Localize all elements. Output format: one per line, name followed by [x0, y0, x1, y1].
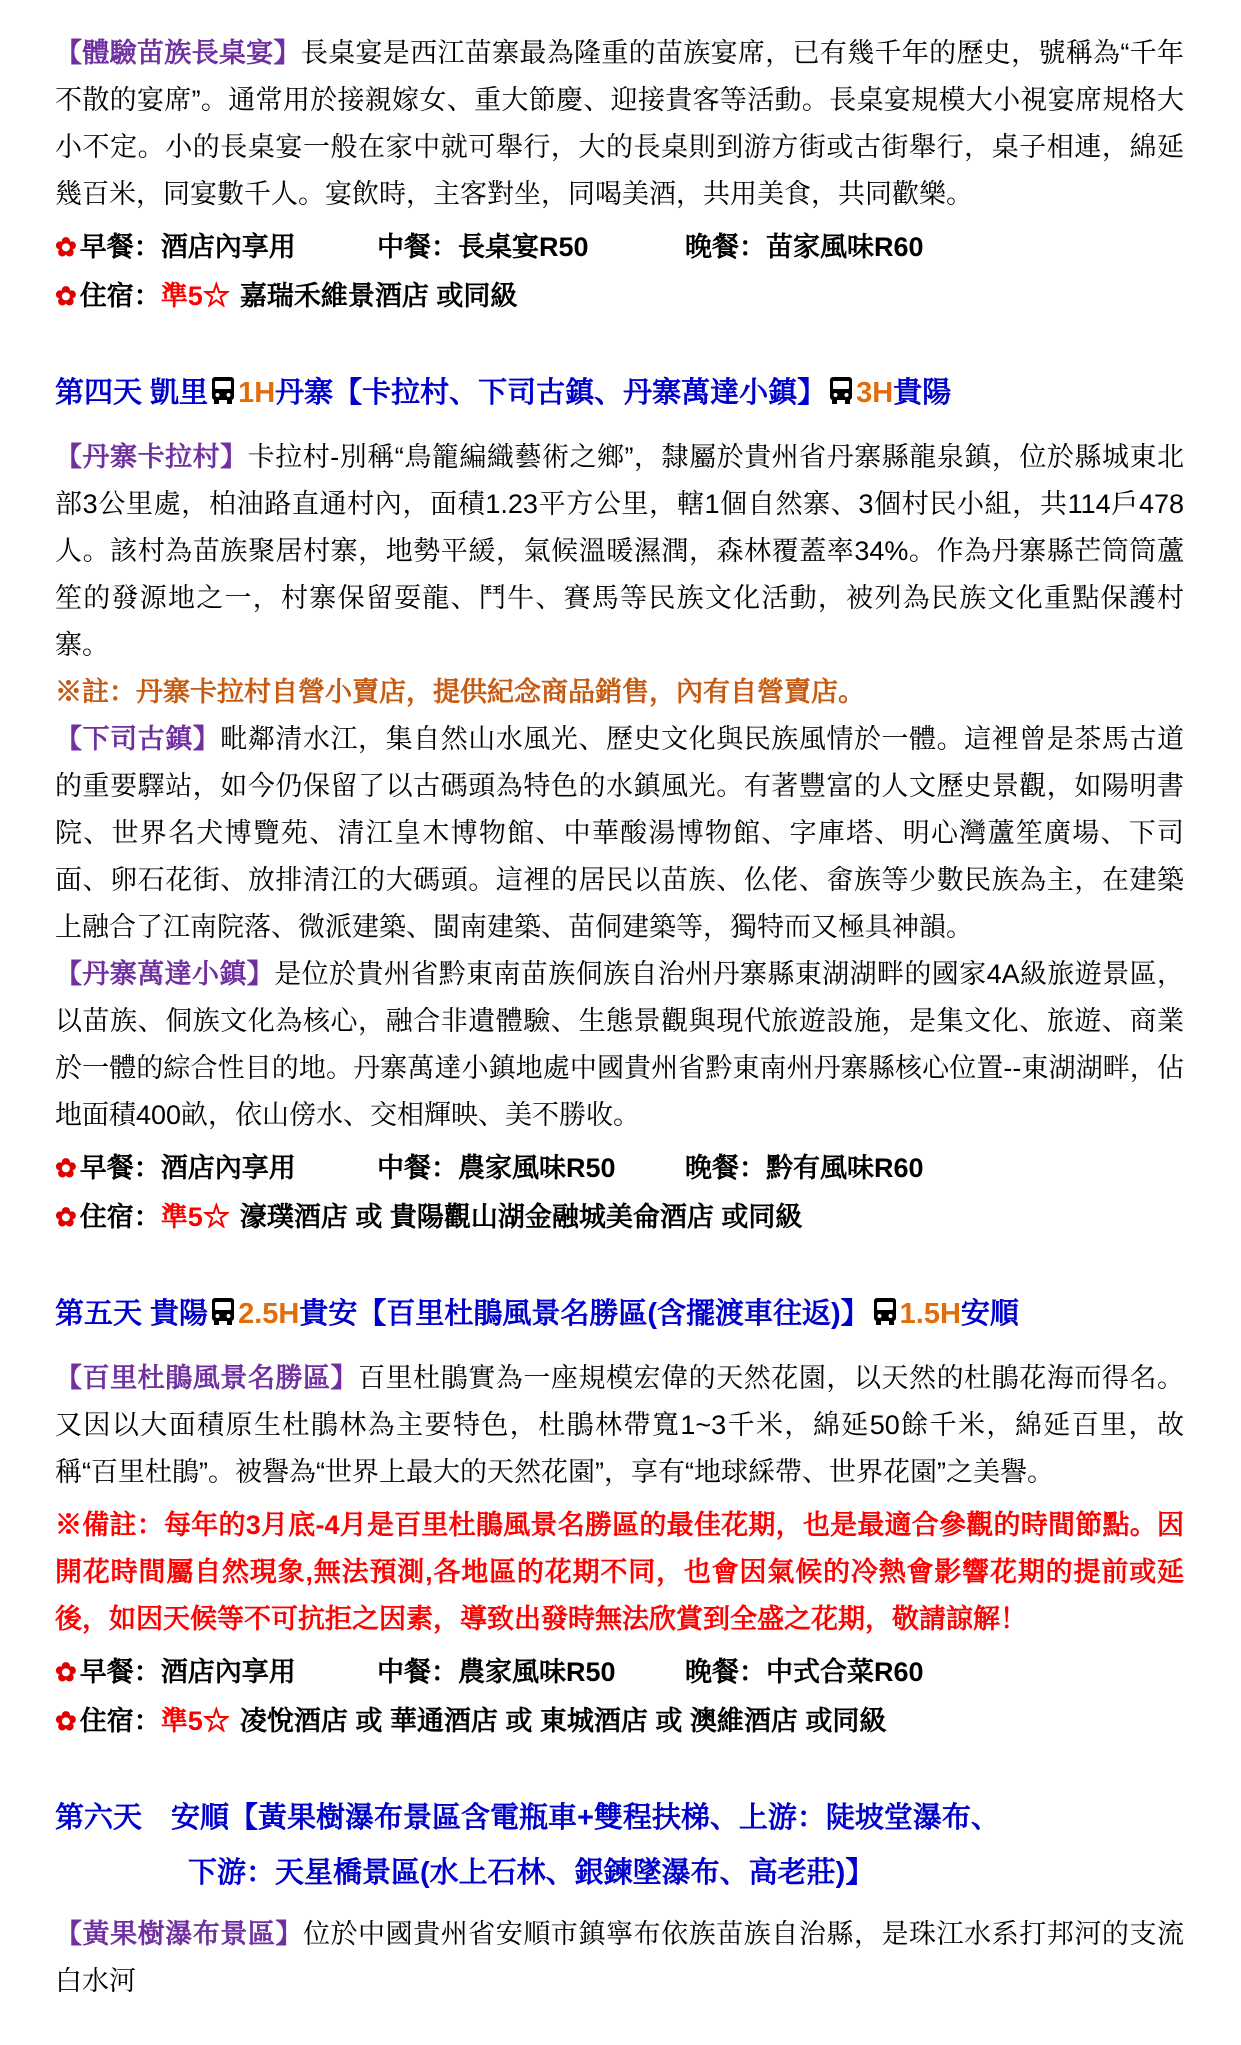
flower-icon: ✿	[55, 1652, 77, 1692]
flower-icon: ✿	[55, 1701, 77, 1741]
day5-heading-post: 安順	[961, 1298, 1019, 1330]
dujuan-paragraph: 【百里杜鵑風景名勝區】百里杜鵑實為一座規模宏偉的天然花園，以天然的杜鵑花海而得名…	[55, 1355, 1184, 1496]
hotel-names: 凌悅酒店 或 華通酒店 或 東城酒店 或 澳維酒店 或同級	[240, 1701, 887, 1741]
huangguoshu-title: 【黃果樹瀑布景區】	[55, 1919, 303, 1949]
kala-village-text: 卡拉村-別稱“鳥籠編織藝術之鄉”，隸屬於貴州省丹寨縣龍泉鎮，位於縣城東北部3公里…	[55, 442, 1184, 660]
day5-heading-pre: 第五天 貴陽	[55, 1298, 208, 1330]
hotel-grade: 準5☆	[161, 1701, 230, 1741]
dujuan-title: 【百里杜鵑風景名勝區】	[55, 1363, 358, 1393]
bus-icon	[211, 373, 235, 420]
flower-icon: ✿	[55, 227, 77, 267]
flower-icon: ✿	[55, 1148, 77, 1188]
lunch-label: 中餐：農家風味R50	[377, 1652, 685, 1692]
flower-icon: ✿	[55, 1197, 77, 1237]
wanda-town-title: 【丹寨萬達小鎮】	[55, 959, 274, 989]
kala-village-title: 【丹寨卡拉村】	[55, 442, 248, 472]
xiasi-town-title: 【下司古鎮】	[55, 724, 220, 754]
day6-heading: 第六天 安順【黃果樹瀑布景區含電瓶車+雙程扶梯、上游：陡坡堂瀑布、 下游：天星橋…	[55, 1795, 1184, 1897]
day4-duration1: 1H	[238, 377, 275, 409]
intro-paragraph: 【體驗苗族長桌宴】長桌宴是西江苗寨最為隆重的苗族宴席，已有幾千年的歷史，號稱為“…	[55, 30, 1184, 218]
xiasi-town-paragraph: 【下司古鎮】毗鄰清水江，集自然山水風光、歷史文化與民族風情於一體。這裡曾是茶馬古…	[55, 716, 1184, 951]
day5-heading: 第五天 貴陽2.5H貴安【百里杜鵑風景名勝區(含擺渡車往返)】1.5H安順	[55, 1291, 1184, 1341]
meals-row-day4: ✿早餐：酒店內享用 中餐：農家風味R50 晚餐：黔有風味R60	[55, 1148, 1184, 1188]
lodging-row-day5: ✿住宿：準5☆凌悅酒店 或 華通酒店 或 東城酒店 或 澳維酒店 或同級	[55, 1701, 1184, 1741]
meals-row-day3: ✿早餐：酒店內享用 中餐：長桌宴R50 晚餐：苗家風味R60	[55, 227, 1184, 267]
kala-shop-note: ※註：丹寨卡拉村自營小賣店，提供紀念商品銷售，內有自營賣店。	[55, 669, 1184, 716]
day5-duration1: 2.5H	[238, 1298, 299, 1330]
hotel-names: 濠璞酒店 或 貴陽觀山湖金融城美侖酒店 或同級	[240, 1197, 803, 1237]
breakfast-label: 早餐：酒店內享用	[80, 1652, 296, 1692]
lunch-label: 中餐：長桌宴R50	[377, 227, 685, 267]
dinner-label: 晚餐：苗家風味R60	[685, 227, 1184, 267]
hotel-names: 嘉瑞禾維景酒店 或同級	[240, 276, 518, 316]
hotel-grade: 準5☆	[161, 276, 230, 316]
xiasi-town-text: 毗鄰清水江，集自然山水風光、歷史文化與民族風情於一體。這裡曾是茶馬古道的重要驛站…	[55, 724, 1184, 942]
dinner-label: 晚餐：中式合菜R60	[685, 1652, 1184, 1692]
day4-heading-pre: 第四天 凱里	[55, 377, 208, 409]
breakfast-label: 早餐：酒店內享用	[80, 227, 296, 267]
day4-duration2: 3H	[856, 377, 893, 409]
lodging-row-day4: ✿住宿：準5☆濠璞酒店 或 貴陽觀山湖金融城美侖酒店 或同級	[55, 1197, 1184, 1237]
day4-heading-post: 貴陽	[893, 377, 951, 409]
day4-heading: 第四天 凱里1H丹寨【卡拉村、下司古鎮、丹寨萬達小鎮】3H貴陽	[55, 370, 1184, 420]
huangguoshu-paragraph: 【黃果樹瀑布景區】位於中國貴州省安順市鎮寧布依族苗族自治縣，是珠江水系打邦河的支…	[55, 1911, 1184, 2005]
day6-heading-line2: 下游：天星橋景區(水上石林、銀鍊墜瀑布、高老莊)】	[55, 1850, 1184, 1897]
day6-heading-line1: 第六天 安順【黃果樹瀑布景區含電瓶車+雙程扶梯、上游：陡坡堂瀑布、	[55, 1795, 1184, 1842]
day5-duration2: 1.5H	[900, 1298, 961, 1330]
itinerary-page: 【體驗苗族長桌宴】長桌宴是西江苗寨最為隆重的苗族宴席，已有幾千年的歷史，號稱為“…	[0, 0, 1241, 2045]
lodging-label: 住宿：	[80, 276, 161, 316]
bus-icon	[211, 1294, 235, 1341]
lunch-label: 中餐：農家風味R50	[377, 1148, 685, 1188]
lodging-label: 住宿：	[80, 1197, 161, 1237]
breakfast-label: 早餐：酒店內享用	[80, 1148, 296, 1188]
lodging-label: 住宿：	[80, 1701, 161, 1741]
flower-season-remark: ※備註：每年的3月底-4月是百里杜鵑風景名勝區的最佳花期，也是最適合參觀的時間節…	[55, 1502, 1184, 1643]
lodging-row-day3: ✿住宿：準5☆嘉瑞禾維景酒店 或同級	[55, 276, 1184, 316]
bus-icon	[873, 1294, 897, 1341]
hotel-grade: 準5☆	[161, 1197, 230, 1237]
intro-title: 【體驗苗族長桌宴】	[55, 38, 301, 68]
kala-village-paragraph: 【丹寨卡拉村】卡拉村-別稱“鳥籠編織藝術之鄉”，隸屬於貴州省丹寨縣龍泉鎮，位於縣…	[55, 434, 1184, 669]
day5-heading-mid: 貴安【百里杜鵑風景名勝區(含擺渡車往返)】	[299, 1298, 869, 1330]
dinner-label: 晚餐：黔有風味R60	[685, 1148, 1184, 1188]
day4-heading-mid: 丹寨【卡拉村、下司古鎮、丹寨萬達小鎮】	[275, 377, 826, 409]
bus-icon	[829, 373, 853, 420]
flower-icon: ✿	[55, 276, 77, 316]
meals-row-day5: ✿早餐：酒店內享用 中餐：農家風味R50 晚餐：中式合菜R60	[55, 1652, 1184, 1692]
wanda-town-paragraph: 【丹寨萬達小鎮】是位於貴州省黔東南苗族侗族自治州丹寨縣東湖湖畔的國家4A級旅遊景…	[55, 951, 1184, 1139]
